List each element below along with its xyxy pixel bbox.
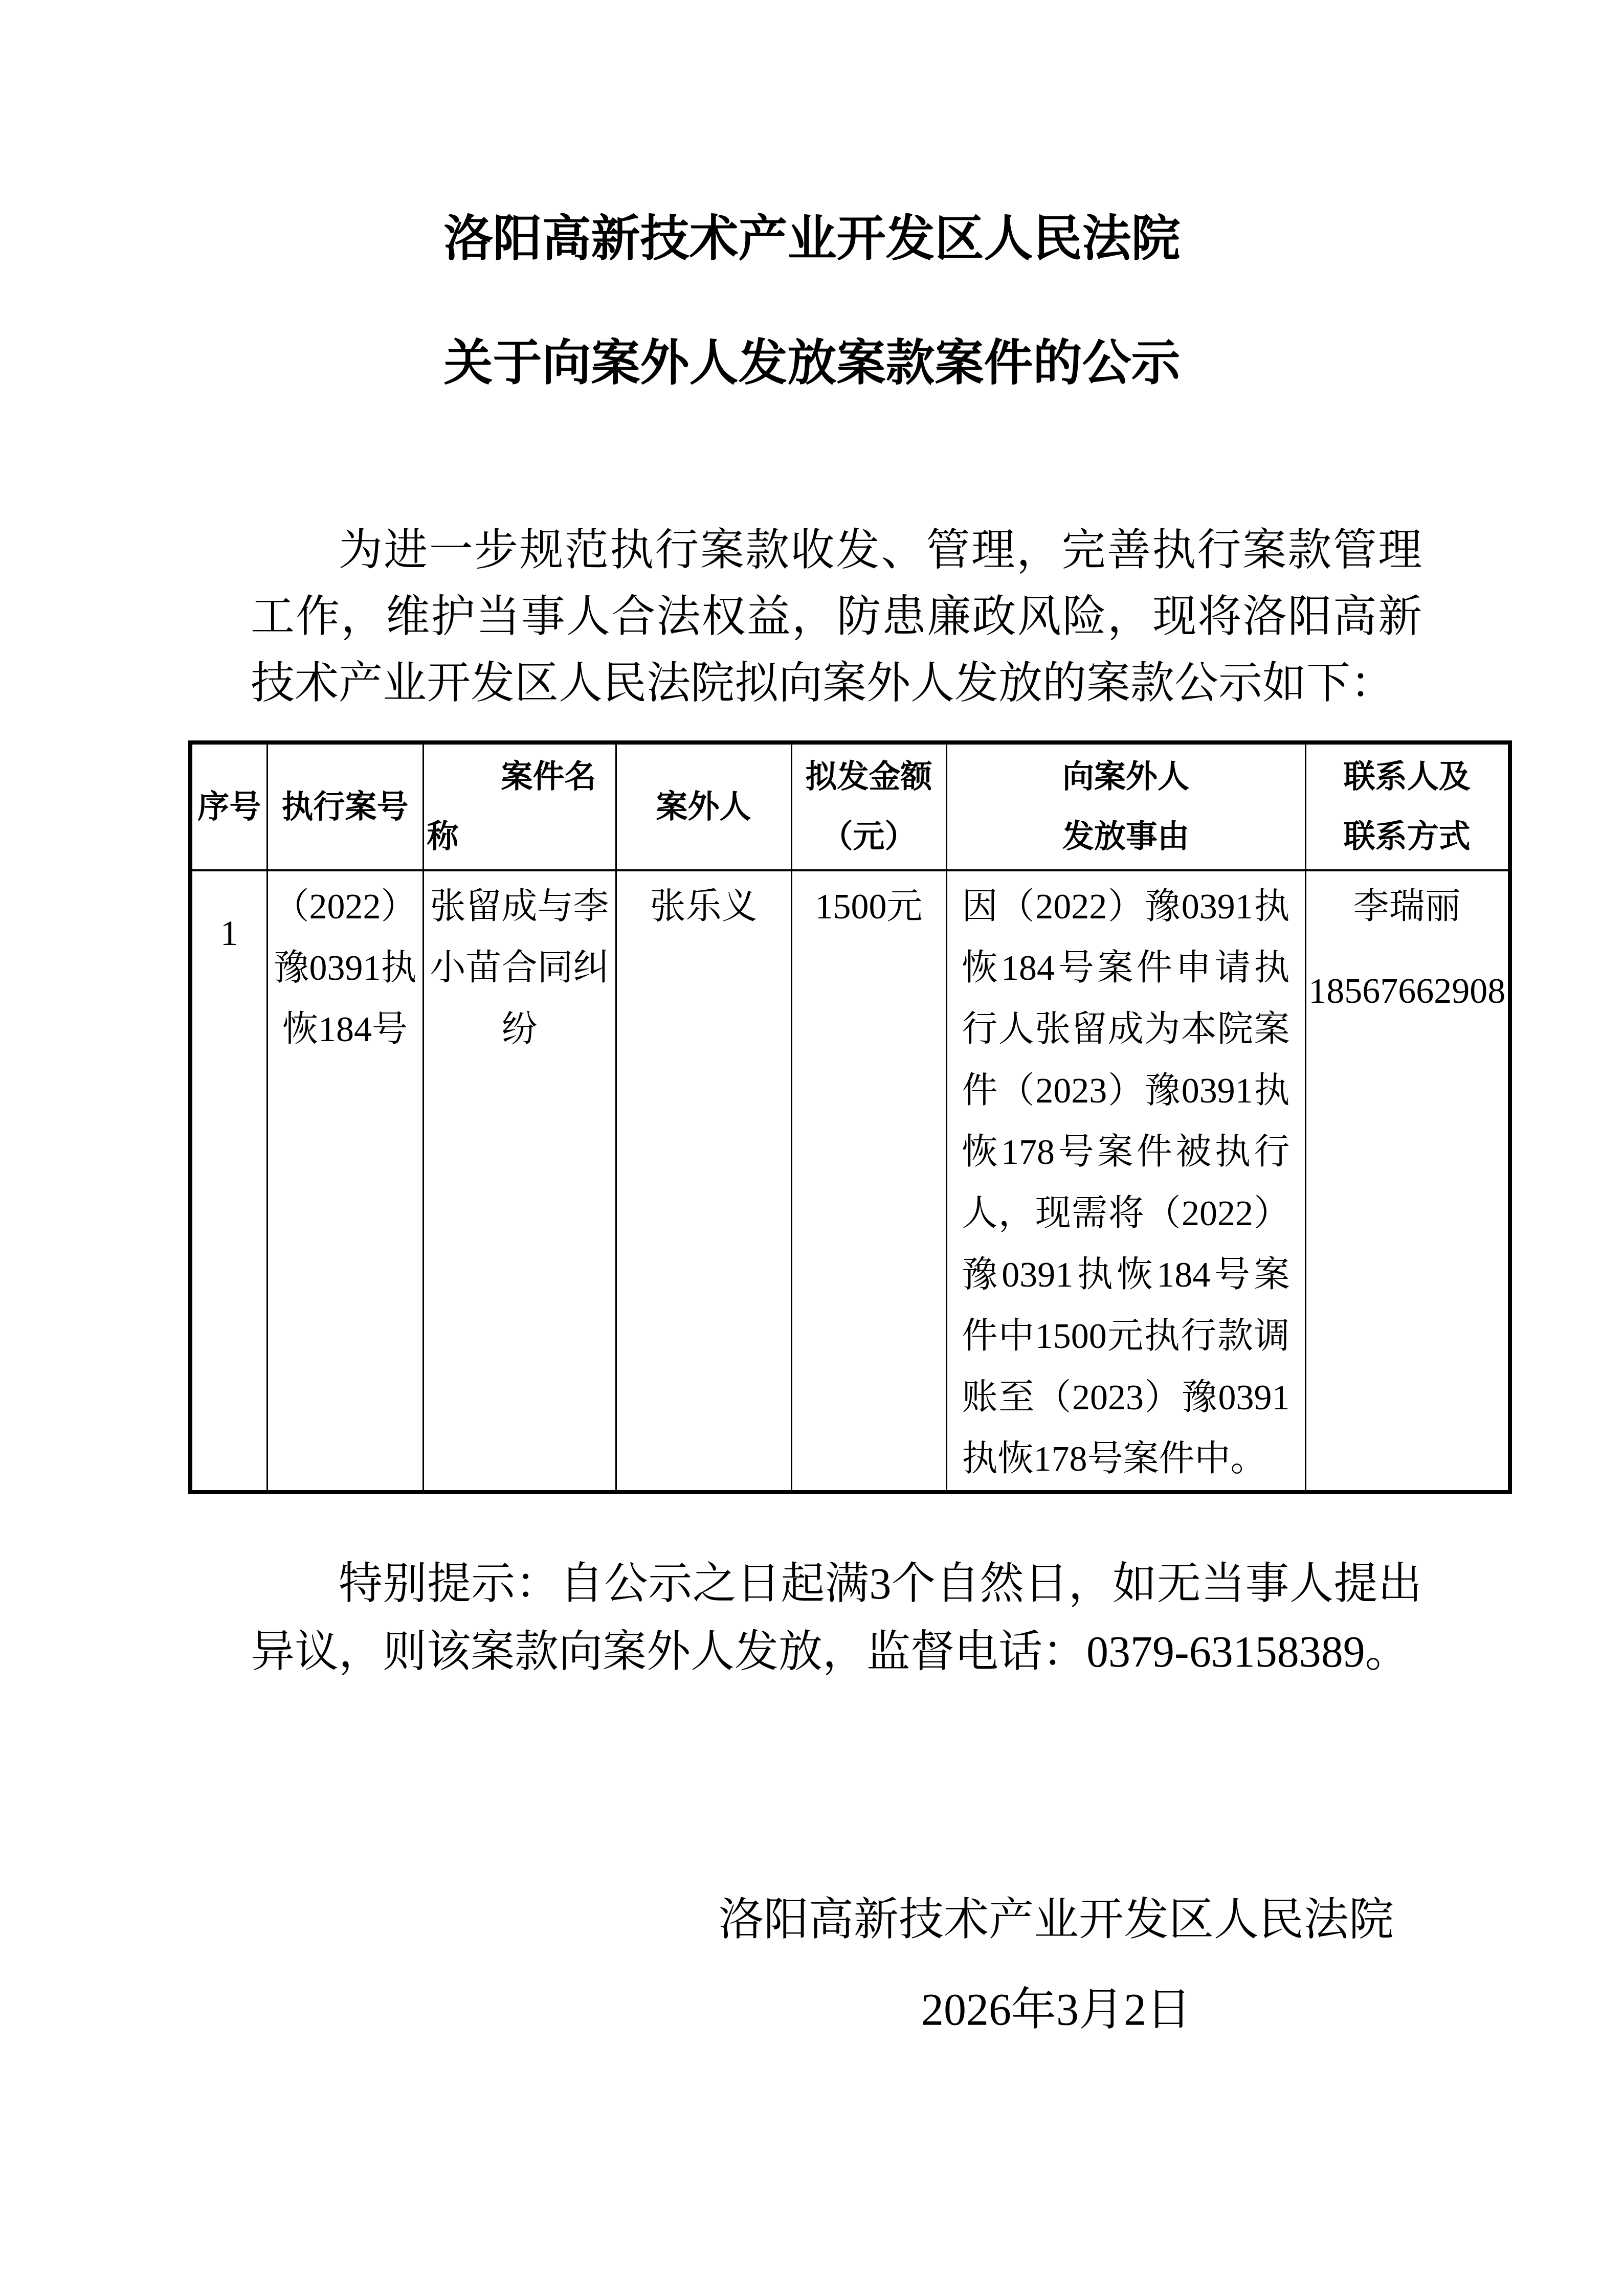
col-header-amount-label: 拟发金额（元）: [805, 759, 932, 854]
col-header-contact: 联系人及联系方式: [1305, 742, 1510, 870]
contact-phone: 18567662908: [1307, 961, 1507, 1022]
col-header-outsider-label: 案外人: [656, 790, 751, 825]
col-header-amount: 拟发金额（元）: [791, 742, 946, 870]
table-header-row: 序号 执行案号 案件名称 案外人 拟发金额（元） 向案外人发放事由 联系人及联系…: [190, 742, 1510, 870]
cell-seq: 1: [190, 870, 267, 1492]
page-title-line1: 洛阳高新技术产业开发区人民法院: [0, 211, 1624, 267]
col-header-outsider: 案外人: [616, 742, 791, 870]
footer-date: 2026年3月2日: [701, 1982, 1412, 2038]
cell-case-name: 张留成与李小苗合同纠纷: [423, 870, 616, 1492]
col-header-seq: 序号: [190, 742, 267, 870]
col-header-contact-label: 联系人及联系方式: [1344, 747, 1471, 867]
col-header-case-no: 执行案号: [267, 742, 423, 870]
col-header-reason-label: 向案外人发放事由: [1062, 747, 1189, 867]
cell-contact: 李瑞丽 18567662908: [1305, 870, 1510, 1492]
cell-reason: 因（2022）豫0391执恢184号案件申请执行人张留成为本院案件（2023）豫…: [946, 870, 1305, 1492]
col-header-case-name: 案件名称: [423, 742, 616, 870]
footer-signature: 洛阳高新技术产业开发区人民法院: [701, 1892, 1412, 1948]
document-page: 洛阳高新技术产业开发区人民法院 关于向案外人发放案款案件的公示 为进一步规范执行…: [0, 0, 1624, 2296]
intro-paragraph: 为进一步规范执行案款收发、管理，完善执行案款管理工作，维护当事人合法权益，防患廉…: [251, 517, 1422, 716]
notice-paragraph: 特别提示：自公示之日起满3个自然日，如无当事人提出异议，则该案款向案外人发放，监…: [251, 1550, 1422, 1686]
announcement-table: 序号 执行案号 案件名称 案外人 拟发金额（元） 向案外人发放事由 联系人及联系…: [188, 740, 1512, 1494]
seq-value: 1: [195, 903, 263, 964]
col-header-reason: 向案外人发放事由: [946, 742, 1305, 870]
table-row: 1 （2022）豫0391执恢184号 张留成与李小苗合同纠纷 张乐义 1500…: [190, 870, 1510, 1492]
col-header-case-name-label: 案件名称: [427, 747, 612, 867]
col-header-case-no-label: 执行案号: [281, 790, 408, 825]
page-title-line2: 关于向案外人发放案款案件的公示: [0, 335, 1624, 391]
col-header-seq-label: 序号: [197, 790, 261, 825]
contact-name: 李瑞丽: [1307, 876, 1507, 938]
cell-outsider: 张乐义: [616, 870, 791, 1492]
cell-case-no: （2022）豫0391执恢184号: [267, 870, 423, 1492]
cell-amount: 1500元: [791, 870, 946, 1492]
